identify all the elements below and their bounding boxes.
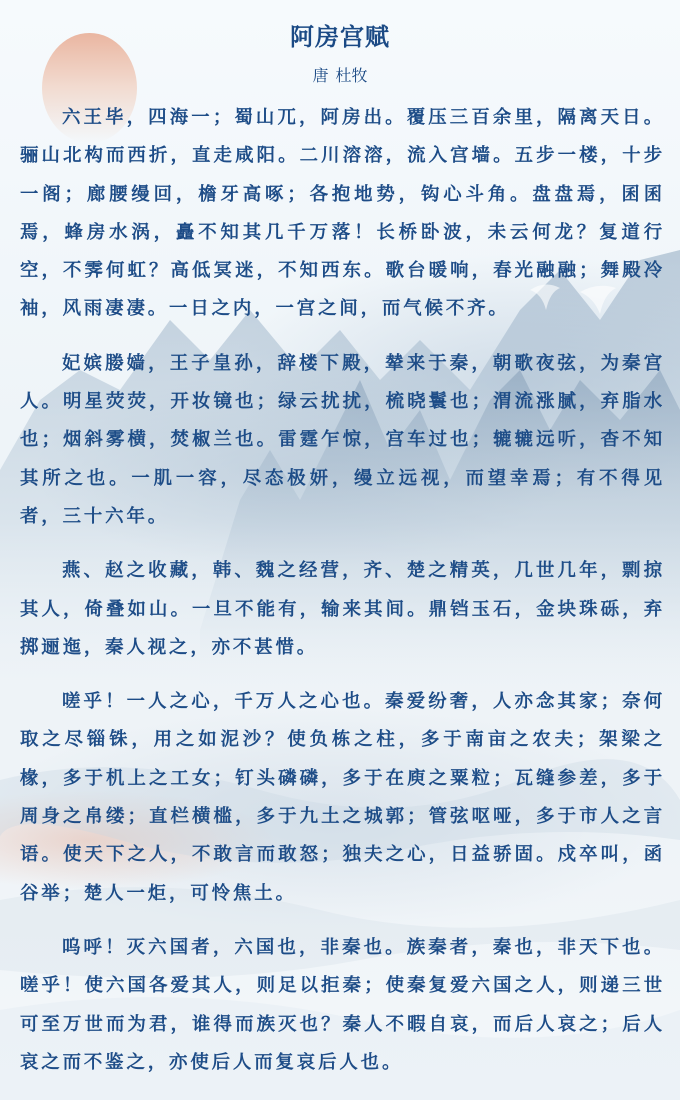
paragraph-4: 嗟乎！一人之心，千万人之心也。秦爱纷奢，人亦念其家；奈何取之尽锱铢，用之如泥沙？… <box>20 683 665 913</box>
paragraph-2: 妃嫔媵嫱，王子皇孙，辞楼下殿，辇来于秦，朝歌夜弦，为秦宫人。明星荧荧，开妆镜也；… <box>20 345 665 536</box>
paragraph-3: 燕、赵之收藏，韩、魏之经营，齐、楚之精英，几世几年，剽掠其人，倚叠如山。一旦不能… <box>20 552 665 667</box>
poem-author: 唐 杜牧 <box>0 64 680 88</box>
paragraph-1: 六王毕，四海一；蜀山兀，阿房出。覆压三百余里，隔离天日。骊山北构而西折，直走咸阳… <box>20 99 665 329</box>
poem-body: 六王毕，四海一；蜀山兀，阿房出。覆压三百余里，隔离天日。骊山北构而西折，直走咸阳… <box>20 99 665 1098</box>
poem-title: 阿房宫赋 <box>0 20 680 54</box>
paragraph-5: 呜呼！灭六国者，六国也，非秦也。族秦者，秦也，非天下也。嗟乎！使六国各爱其人，则… <box>20 929 665 1082</box>
